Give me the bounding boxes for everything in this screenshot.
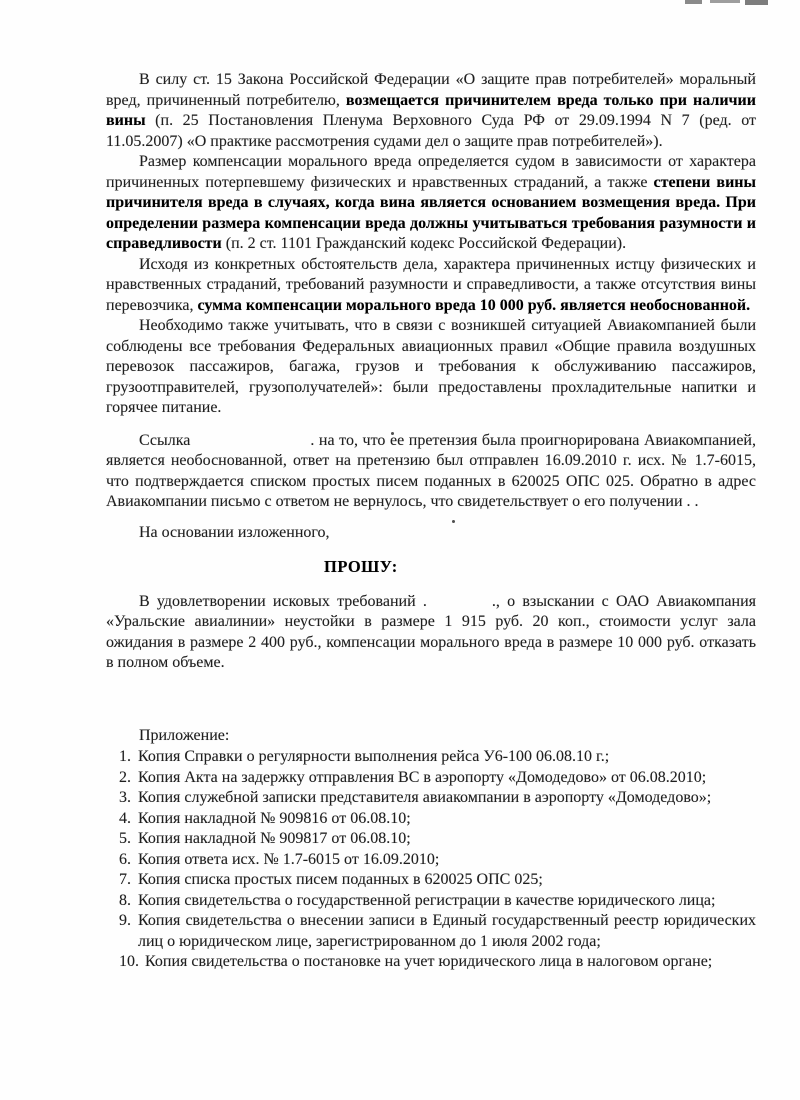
attachment-text: Копия накладной № 909816 от 06.08.10; <box>138 809 756 830</box>
attachment-text: Копия свидетельства о государственной ре… <box>138 891 756 912</box>
legal-paragraph: Необходимо также учитывать, что в связи … <box>106 316 756 419</box>
request-paragraph: В удовлетворении исковых требований .., … <box>106 592 756 674</box>
attachments-label: Приложение: <box>106 726 756 747</box>
attachment-number: 6. <box>119 850 132 871</box>
attachment-section: Приложение: 1.Копия Справки о регулярнос… <box>106 726 756 973</box>
legal-paragraph: В силу ст. 15 Закона Российской Федераци… <box>106 70 756 152</box>
cutoff-stamp-mark <box>685 0 702 4</box>
attachment-text: Копия Акта на задержку отправления ВС в … <box>138 768 756 789</box>
attachment-item: 2.Копия Акта на задержку отправления ВС … <box>119 768 756 789</box>
attachment-text: Копия Справки о регулярности выполнения … <box>138 747 756 768</box>
attachment-number: 9. <box>119 911 132 952</box>
cutoff-stamp-mark <box>710 0 740 3</box>
attachment-item: 3.Копия служебной записки представителя … <box>119 788 756 809</box>
attachment-number: 4. <box>119 809 132 830</box>
attachment-text: Копия свидетельства о внесении записи в … <box>138 911 756 952</box>
attachment-text: Копия ответа исх. № 1.7-6015 от 16.09.20… <box>138 850 756 871</box>
document-page: В силу ст. 15 Закона Российской Федераци… <box>0 0 800 1100</box>
attachment-number: 3. <box>119 788 132 809</box>
attachment-item: 9.Копия свидетельства о внесении записи … <box>119 911 756 952</box>
legal-paragraph: Исходя из конкретных обстоятельств дела,… <box>106 255 756 317</box>
attachment-item: 5.Копия накладной № 909817 от 06.08.10; <box>119 829 756 850</box>
attachment-text: Копия служебной записки представителя ав… <box>138 788 756 809</box>
attachment-item: 8.Копия свидетельства о государственной … <box>119 891 756 912</box>
attachment-text: Копия списка простых писем поданных в 62… <box>138 870 756 891</box>
reference-paragraph: Ссылка. на то, что ее претензия была про… <box>106 431 756 513</box>
attachment-number: 2. <box>119 768 132 789</box>
cutoff-stamp-mark <box>745 0 768 5</box>
paragraph-text: Ссылка <box>139 432 190 449</box>
paragraph-text: (п. 2 ст. 1101 Гражданский кодекс Россий… <box>222 235 626 252</box>
attachment-item: 7.Копия списка простых писем поданных в … <box>119 870 756 891</box>
closing-line: На основании изложенного, <box>106 523 756 544</box>
paragraph-text: Необходимо также учитывать, что в связи … <box>106 317 756 416</box>
attachment-text: Копия свидетельства о постановке на учет… <box>145 952 756 973</box>
attachment-item: 10.Копия свидетельства о постановке на у… <box>119 952 756 973</box>
attachment-item: 6.Копия ответа исх. № 1.7-6015 от 16.09.… <box>119 850 756 871</box>
paragraph-text: (п. 25 Постановления Пленума Верховного … <box>106 112 756 150</box>
legal-paragraph: Размер компенсации морального вреда опре… <box>106 152 756 255</box>
attachment-item: 1.Копия Справки о регулярности выполнени… <box>119 747 756 768</box>
paragraph-text: В удовлетворении исковых требований . <box>139 593 427 610</box>
paragraph-text: . на то, что ее претензия была проигнори… <box>106 432 756 511</box>
attachment-item: 4.Копия накладной № 909816 от 06.08.10; <box>119 809 756 830</box>
document-body: В силу ст. 15 Закона Российской Федераци… <box>106 70 756 973</box>
attachment-number: 10. <box>119 952 139 973</box>
paragraph-text: На основании изложенного, <box>139 524 330 541</box>
attachment-number: 1. <box>119 747 132 768</box>
request-heading: ПРОШУ: <box>324 557 398 578</box>
bold-emphasis: сумма компенсации морального вреда 10 00… <box>197 297 750 314</box>
attachment-text: Копия накладной № 909817 от 06.08.10; <box>138 829 756 850</box>
attachment-number: 8. <box>119 891 132 912</box>
attachment-number: 5. <box>119 829 132 850</box>
attachment-number: 7. <box>119 870 132 891</box>
